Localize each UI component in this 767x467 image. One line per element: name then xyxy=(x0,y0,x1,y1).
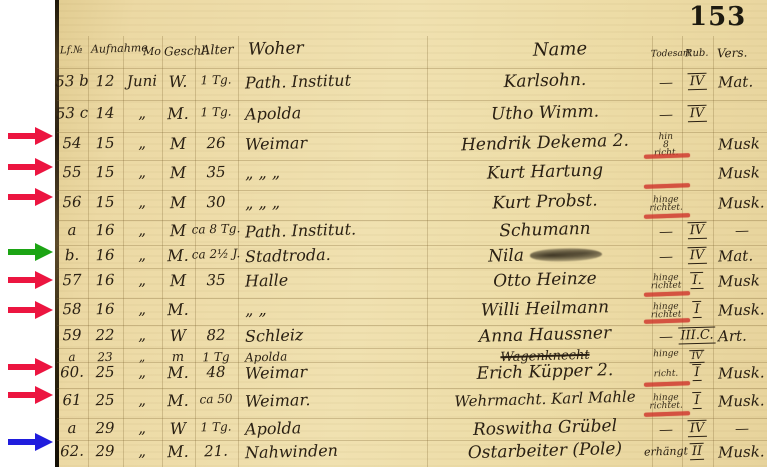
rubric-roman-numeral: IV xyxy=(688,222,707,240)
cell-day: 14 xyxy=(95,106,115,122)
rubric-roman-numeral: I xyxy=(692,300,702,317)
cell-lfno: 53 c xyxy=(56,106,89,122)
rubric-roman-numeral: I xyxy=(692,364,702,381)
rubric-roman-numeral: IV xyxy=(688,247,707,265)
grid-hline xyxy=(57,298,767,299)
name-text: Nila xyxy=(488,246,524,267)
grid-hline xyxy=(57,325,767,326)
cell-death: hingerichtet xyxy=(650,274,681,291)
cell-age: 1 Tg. xyxy=(200,421,231,434)
cell-name: Ostarbeiter (Pole) xyxy=(468,440,623,461)
page-binding-edge xyxy=(55,0,59,467)
cell-sex: M xyxy=(170,273,187,289)
cell-vers: Musk xyxy=(718,165,760,181)
cell-day: 16 xyxy=(95,273,115,289)
rubric-roman-numeral: IV xyxy=(688,420,707,438)
cell-rub: IV xyxy=(688,107,707,121)
cell-age: 21. xyxy=(204,443,228,459)
cell-day: 25 xyxy=(95,393,115,409)
header-month: Mo xyxy=(143,46,161,57)
cell-vers: Art. xyxy=(718,329,747,345)
cell-from: Nahwinden xyxy=(245,442,338,461)
cell-rub: II xyxy=(690,444,705,457)
rubric-roman-numeral: IV xyxy=(688,73,707,91)
cell-from: Apolda xyxy=(245,350,288,363)
cell-from: „ „ xyxy=(245,301,267,318)
cell-age: ca 8 Tg. xyxy=(192,222,241,235)
cell-name: Karlsohn. xyxy=(503,72,586,91)
cell-lfno: a xyxy=(67,223,76,238)
cell-month: „ xyxy=(138,365,146,380)
header-age: Alter xyxy=(201,44,234,58)
cell-from: Path. Institut xyxy=(245,73,351,92)
header-from: Woher xyxy=(248,40,304,59)
grid-hline xyxy=(57,245,767,246)
cell-from: Halle xyxy=(245,272,289,289)
cell-month: „ xyxy=(138,248,146,263)
cell-from: Schleiz xyxy=(245,327,304,345)
cell-day: 15 xyxy=(95,195,115,211)
cell-rub: IV xyxy=(688,422,707,436)
cell-from: Weimar. xyxy=(245,392,311,410)
cell-vers: Musk. xyxy=(718,365,765,381)
name-text: Erich Küpper 2. xyxy=(476,360,613,384)
annotation-arrow-red xyxy=(8,300,53,320)
name-text: Kurt Probst. xyxy=(492,191,598,214)
name-text: Karlsohn. xyxy=(503,70,586,92)
cell-vers: Mat. xyxy=(718,249,754,265)
cell-death: — xyxy=(659,330,673,344)
cell-rub: IV xyxy=(688,75,707,89)
cell-from: Weimar xyxy=(245,135,308,153)
cell-age: 82 xyxy=(206,328,226,344)
cell-age: ca 50 xyxy=(199,393,232,406)
cell-age: 35 xyxy=(206,165,226,181)
grid-hline xyxy=(57,440,767,441)
cell-lfno: 62. xyxy=(60,443,84,459)
header-vers: Vers. xyxy=(717,47,748,60)
cell-name: Erich Küpper 2. xyxy=(476,362,613,383)
rubric-roman-numeral: IV xyxy=(688,105,707,123)
cell-rub: I xyxy=(692,394,702,407)
annotation-arrow-red xyxy=(8,126,53,146)
cell-age: ca 2½ J. xyxy=(192,247,241,260)
cell-death: richt. xyxy=(654,370,679,379)
rubric-roman-numeral: IV xyxy=(689,350,705,363)
cell-rub: IV xyxy=(689,352,704,362)
grid-hline xyxy=(57,362,767,363)
cell-day: 29 xyxy=(95,421,115,437)
cell-vers: — xyxy=(735,422,749,436)
cell-age: 26 xyxy=(206,136,226,152)
cell-death: hingerichtet. xyxy=(649,196,683,213)
grid-hline xyxy=(57,268,767,269)
cell-from: Apolda xyxy=(245,420,302,438)
grid-vline xyxy=(123,36,124,467)
name-text: Schumann xyxy=(499,219,591,242)
name-text: Ostarbeiter (Pole) xyxy=(468,438,623,462)
cell-rub: I. xyxy=(690,274,704,287)
cell-vers: Musk. xyxy=(718,444,765,460)
cell-lfno: 59 xyxy=(62,328,82,344)
grid-hline xyxy=(57,68,767,69)
grid-hline xyxy=(57,100,767,101)
cell-month: „ xyxy=(138,301,146,316)
cell-vers: Mat. xyxy=(718,75,754,91)
cell-name: Willi Heilmann xyxy=(481,299,610,320)
rubric-roman-numeral: I. xyxy=(690,272,704,289)
blotted-out-name xyxy=(530,247,602,262)
cell-name: Otto Heinze xyxy=(493,271,597,291)
name-text: Otto Heinze xyxy=(493,269,597,292)
cell-lfno: 57 xyxy=(62,273,82,289)
cell-rub: IV xyxy=(688,224,707,238)
cell-sex: W xyxy=(170,328,187,344)
cell-from: Weimar xyxy=(245,364,308,382)
header-rub: Rub. xyxy=(685,49,709,60)
annotation-arrow-green xyxy=(8,242,53,262)
name-text: Anna Haussner xyxy=(479,323,612,347)
grid-vline xyxy=(162,36,163,467)
cell-day: 16 xyxy=(95,248,115,264)
cell-day: 16 xyxy=(95,301,115,317)
rubric-roman-numeral: II xyxy=(690,442,705,459)
annotation-arrow-red xyxy=(8,187,53,207)
page-number: 153 xyxy=(689,2,746,32)
cell-month: „ xyxy=(139,351,146,363)
cell-day: 25 xyxy=(95,365,115,381)
annotation-arrow-red xyxy=(8,357,53,377)
grid-vline xyxy=(88,36,89,467)
cell-sex: M xyxy=(170,165,187,181)
cell-death: — xyxy=(659,225,673,239)
cell-day: 12 xyxy=(95,74,115,90)
cell-from: Stadtroda. xyxy=(245,247,331,265)
cell-age: 30 xyxy=(206,195,226,211)
cell-month: „ xyxy=(138,165,146,180)
cell-sex: M xyxy=(170,223,187,239)
cell-sex: M xyxy=(170,136,187,152)
cell-lfno: 54 xyxy=(62,136,82,152)
grid-vline xyxy=(427,36,428,467)
cell-lfno: a xyxy=(68,351,75,363)
cell-age: 1 Tg. xyxy=(200,106,231,119)
name-text: Willi Heilmann xyxy=(481,297,610,321)
annotation-arrow-red xyxy=(8,270,53,290)
grid-hline xyxy=(57,388,767,389)
header-lfno: Lf.№ xyxy=(60,46,83,57)
rubric-roman-numeral: III.C. xyxy=(678,326,716,344)
cell-lfno: 58 xyxy=(62,301,82,317)
cell-month: „ xyxy=(138,443,146,458)
cell-name: Schumann xyxy=(499,221,591,241)
header-date: Aufnahme xyxy=(91,42,148,55)
cell-sex: M. xyxy=(167,106,189,123)
cell-age: 35 xyxy=(206,273,226,289)
cell-sex: M. xyxy=(167,393,189,410)
cell-sex: M. xyxy=(167,301,189,318)
cell-death: — xyxy=(659,423,673,437)
cell-death: erhängt xyxy=(644,445,688,457)
cell-month: „ xyxy=(138,393,146,408)
cell-vers: Musk. xyxy=(718,195,765,211)
cell-rub: I xyxy=(692,302,702,315)
cell-age: 1 Tg xyxy=(202,351,229,364)
annotation-arrow-red xyxy=(8,157,53,177)
cell-lfno: 60. xyxy=(60,365,84,381)
cell-vers: — xyxy=(735,224,749,238)
cell-sex: W xyxy=(170,421,187,437)
cell-day: 15 xyxy=(95,136,115,152)
rubric-roman-numeral: I xyxy=(692,392,702,409)
cell-death: — xyxy=(659,250,673,264)
grid-hline xyxy=(57,190,767,191)
cell-lfno: 56 xyxy=(62,195,82,211)
cell-day: 16 xyxy=(95,223,115,239)
cell-sex: W. xyxy=(168,74,187,91)
cell-sex: M. xyxy=(167,443,189,460)
cell-day: 23 xyxy=(97,351,113,363)
cell-month: „ xyxy=(138,223,146,238)
cell-vers: Musk xyxy=(718,273,760,289)
cell-death: hinge xyxy=(653,350,679,359)
cell-lfno: b. xyxy=(65,248,80,263)
cell-death: hingerichtet xyxy=(650,302,681,319)
cell-sex: M xyxy=(170,195,187,211)
cell-death: — xyxy=(659,76,673,90)
cell-name: Kurt Hartung xyxy=(487,162,604,182)
cell-lfno: 53 b xyxy=(55,74,89,90)
name-text: Roswitha Grübel xyxy=(473,416,618,440)
cell-lfno: 55 xyxy=(62,165,82,181)
cell-age: 1 Tg. xyxy=(200,74,231,87)
cell-death: — xyxy=(659,108,673,122)
cell-sex: M. xyxy=(167,248,189,265)
cell-rub: IV xyxy=(688,249,707,263)
cell-vers: Musk. xyxy=(718,393,765,409)
cell-month: „ xyxy=(138,106,146,121)
cell-age: 48 xyxy=(206,365,226,381)
cell-from: „ „ „ xyxy=(245,165,280,182)
cell-rub: III.C. xyxy=(678,328,716,342)
cell-vers: Musk xyxy=(718,136,760,152)
annotation-arrow-blue xyxy=(8,432,53,452)
name-text: Kurt Hartung xyxy=(487,160,604,183)
cell-name: Hendrik Dekema 2. xyxy=(461,133,629,155)
grid-hline xyxy=(57,220,767,221)
grid-hline xyxy=(57,160,767,161)
name-text: Utho Wimm. xyxy=(491,101,600,124)
cell-from: Path. Institut. xyxy=(245,221,357,240)
cell-from: „ „ „ xyxy=(245,195,280,212)
cell-day: 29 xyxy=(95,443,115,459)
cell-day: 22 xyxy=(95,328,115,344)
cell-month: „ xyxy=(138,195,146,210)
annotation-arrow-red xyxy=(8,385,53,405)
cell-death: hingerichtet. xyxy=(649,394,683,411)
cell-month: „ xyxy=(138,421,146,436)
cell-day: 15 xyxy=(95,165,115,181)
cell-name: Roswitha Grübel xyxy=(473,418,618,439)
cell-month: „ xyxy=(138,136,146,151)
cell-month: Juni xyxy=(127,74,158,90)
cell-name: Anna Haussner xyxy=(479,325,612,346)
grid-hline xyxy=(57,418,767,419)
grid-vline xyxy=(713,36,714,467)
header-name: Name xyxy=(533,40,588,60)
cell-vers: Musk. xyxy=(718,302,765,318)
cell-from: Apolda xyxy=(245,105,302,123)
cell-month: „ xyxy=(138,328,146,343)
cell-rub: I xyxy=(692,366,702,379)
cell-month: „ xyxy=(138,273,146,288)
cell-sex: M. xyxy=(167,365,189,382)
scanned-register-page: 153 Lf.№ Aufnahme Mo Geschl. Alter Woher… xyxy=(0,0,767,467)
cell-name: Kurt Probst. xyxy=(492,193,598,213)
cell-name: Nila xyxy=(488,245,602,265)
cell-name: Utho Wimm. xyxy=(491,103,599,123)
cell-lfno: 61 xyxy=(62,393,82,409)
cell-lfno: a xyxy=(67,421,76,436)
